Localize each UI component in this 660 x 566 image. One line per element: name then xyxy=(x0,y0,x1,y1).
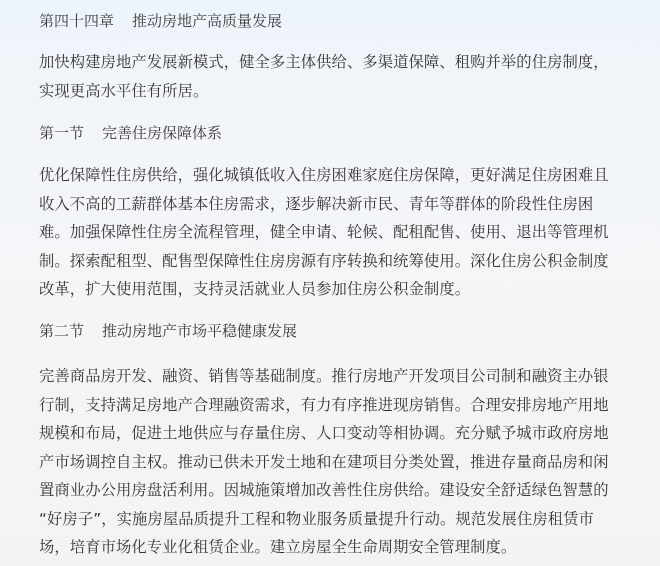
section-title: 完善住房保障体系 xyxy=(102,124,222,142)
paragraph-line: 加快构建房地产发展新模式，健全多主体供给、多渠道保障、租购并举的住房制度， xyxy=(39,48,624,77)
paragraph-line: 难。加强保障性住房全流程管理，健全申请、轮候、配租配售、使用、退出等管理机 xyxy=(39,218,624,247)
section-2-paragraph: 完善商品房开发、融资、销售等基础制度。推行房地产开发项目公司制和融资主办银 行制… xyxy=(39,362,624,562)
paragraph-line: 完善商品房开发、融资、销售等基础制度。推行房地产开发项目公司制和融资主办银 xyxy=(39,362,624,391)
section-heading-1: 第一节完善住房保障体系 xyxy=(39,122,222,144)
section-heading-2: 第二节推动房地产市场平稳健康发展 xyxy=(39,320,297,342)
paragraph-line: 收入不高的工薪群体基本住房需求，逐步解决新市民、青年等群体的阶段性住房困 xyxy=(39,190,624,219)
paragraph-line: 实现更高水平住有所居。 xyxy=(39,77,624,106)
section-number: 第一节 xyxy=(39,124,84,142)
chapter-title: 推动房地产高质量发展 xyxy=(132,12,282,30)
section-number: 第二节 xyxy=(39,322,84,340)
paragraph-line: 改革，扩大使用范围，支持灵活就业人员参加住房公积金制度。 xyxy=(39,275,624,304)
paragraph-line: 制。探索配租型、配售型保障性住房房源有序转换和统筹使用。深化住房公积金制度 xyxy=(39,247,624,276)
paragraph-line: 规模和布局，促进土地供应与存量住房、人口变动等相协调。充分赋予城市政府房地 xyxy=(39,419,624,448)
paragraph-line: 置商业办公用房盘活利用。因城施策增加改善性住房供给。建设安全舒适绿色智慧的 xyxy=(39,476,624,505)
paragraph-line: 产市场调控自主权。推动已供未开发土地和在建项目分类处置，推进存量商品房和闲 xyxy=(39,448,624,477)
section-title: 推动房地产市场平稳健康发展 xyxy=(102,322,297,340)
paragraph-line: “好房子”，实施房屋品质提升工程和物业服务质量提升行动。规范发展住房租赁市 xyxy=(39,505,624,534)
chapter-heading: 第四十四章推动房地产高质量发展 xyxy=(39,10,282,32)
section-1-paragraph: 优化保障性住房供给，强化城镇低收入住房困难家庭住房保障，更好满足住房困难且 收入… xyxy=(39,161,624,304)
paragraph-line: 行制，支持满足房地产合理融资需求，有力有序推进现房销售。合理安排房地产用地 xyxy=(39,391,624,420)
chapter-number: 第四十四章 xyxy=(39,12,114,30)
paragraph-line: 场，培育市场化专业化租赁企业。建立房屋全生命周期安全管理制度。 xyxy=(39,533,624,562)
paragraph-line: 优化保障性住房供给，强化城镇低收入住房困难家庭住房保障，更好满足住房困难且 xyxy=(39,161,624,190)
intro-paragraph: 加快构建房地产发展新模式，健全多主体供给、多渠道保障、租购并举的住房制度， 实现… xyxy=(39,48,624,105)
